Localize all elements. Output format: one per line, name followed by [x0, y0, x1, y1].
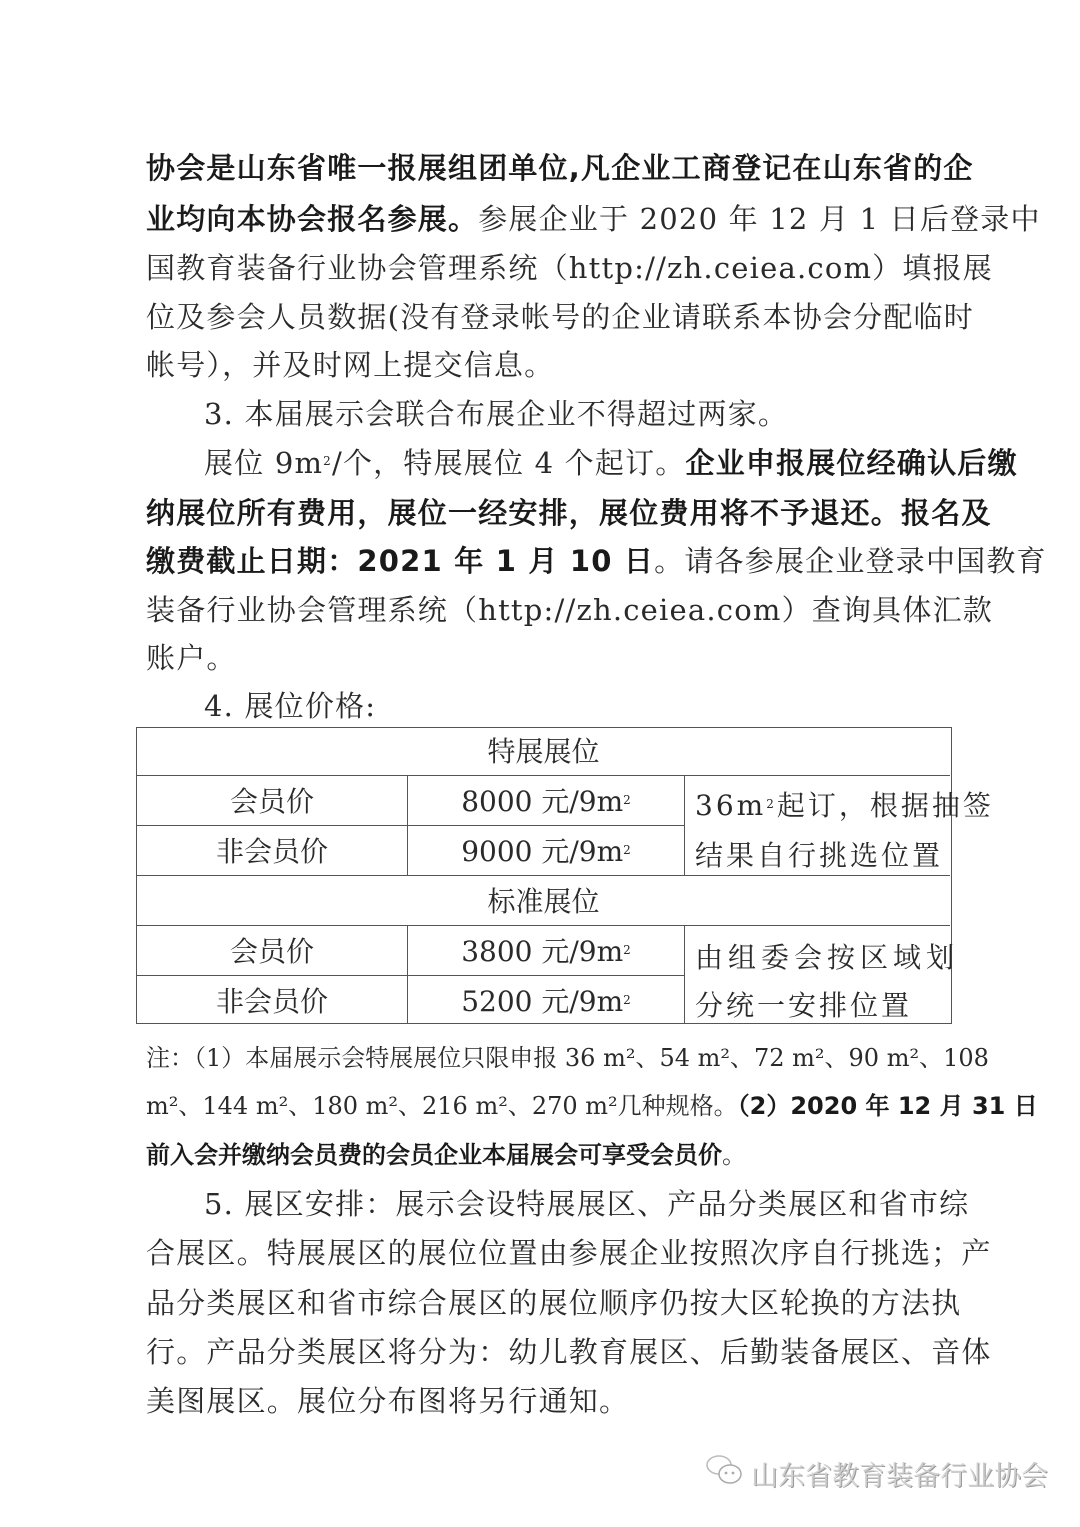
text: 。请各参展企业登录中国教育 — [654, 544, 1047, 578]
table-cell-label: 非会员价 — [137, 986, 407, 1018]
table-section-title-standard: 标准展位 — [137, 886, 950, 918]
paragraph-line: 缴费截止日期：2021 年 1 月 10 日。请各参展企业登录中国教育 — [146, 545, 946, 577]
table-cell-label: 会员价 — [137, 786, 407, 818]
price-text: 9000 元/9m — [461, 835, 623, 868]
text: 展位 9m — [204, 446, 323, 480]
text: 36m — [695, 789, 766, 822]
wechat-watermark: 山东省教育装备行业协会 — [705, 1455, 1048, 1491]
superscript: 2 — [623, 993, 631, 1007]
paragraph-line: 展位 9m2/个，特展展位 4 个起订。企业申报展位经确认后缴 — [204, 447, 1004, 479]
table-divider — [137, 925, 950, 926]
paragraph-line: 国教育装备行业协会管理系统（http://zh.ceiea.com）填报展 — [146, 252, 946, 284]
deadline-text: 缴费截止日期：2021 年 1 月 10 日 — [146, 544, 654, 578]
price-table: 特展展位 会员价 8000 元/9m2 非会员价 9000 元/9m2 36m2… — [136, 727, 952, 1024]
paragraph-line: 品分类展区和省市综合展区的展位顺序仍按大区轮换的方法执 — [146, 1287, 946, 1319]
table-note-line: m²、144 m²、180 m²、216 m²、270 m²几种规格。（2）20… — [146, 1092, 946, 1120]
bold-text: 协会是山东省唯一报展组团单位,凡企业工商登记在山东省的企 — [146, 151, 974, 185]
table-divider — [137, 875, 950, 876]
paragraph-line: 装备行业协会管理系统（http://zh.ceiea.com）查询具体汇款 — [146, 594, 946, 626]
table-cell-price: 5200 元/9m2 — [408, 986, 684, 1018]
superscript: 2 — [623, 843, 631, 857]
paragraph-line: 协会是山东省唯一报展组团单位,凡企业工商登记在山东省的企 — [146, 152, 946, 184]
table-cell-note: 由组委会按区域划 — [695, 942, 959, 974]
price-text: 5200 元/9m — [461, 985, 623, 1018]
bold-text: 业均向本协会报名参展。 — [146, 202, 478, 236]
table-divider — [137, 775, 950, 776]
paragraph-line: 行。产品分类展区将分为：幼儿教育展区、后勤装备展区、音体 — [146, 1336, 946, 1368]
section-5-heading: 5. 展区安排：展示会设特展展区、产品分类展区和省市综 — [204, 1188, 1004, 1220]
table-cell-label: 会员价 — [137, 936, 407, 968]
table-cell-note: 结果自行挑选位置 — [695, 840, 943, 872]
superscript: 2 — [623, 943, 631, 957]
bold-text: 企业申报展位经确认后缴 — [685, 446, 1017, 480]
table-note-line: 前入会并缴纳会员费的会员企业本届展会可享受会员价。 — [146, 1141, 946, 1169]
paragraph-line: 账户。 — [146, 642, 946, 674]
table-cell-note: 分统一安排位置 — [695, 990, 912, 1022]
paragraph-line: 帐号），并及时网上提交信息。 — [146, 349, 946, 381]
table-cell-price: 9000 元/9m2 — [408, 836, 684, 868]
bold-text: （2）2020 年 12 月 31 日 — [738, 1092, 1038, 1120]
text: 参展企业于 2020 年 12 月 1 日后登录中 — [478, 202, 1040, 236]
paragraph-line: 纳展位所有费用，展位一经安排，展位费用将不予退还。报名及 — [146, 497, 946, 529]
price-text: 8000 元/9m — [461, 785, 623, 818]
watermark-text: 山东省教育装备行业协会 — [751, 1454, 1048, 1493]
text: /个，特展展位 4 个起订。 — [332, 446, 685, 480]
text: 。 — [722, 1141, 746, 1169]
price-text: 3800 元/9m — [461, 935, 623, 968]
paragraph-line: 美图展区。展位分布图将另行通知。 — [146, 1385, 946, 1417]
superscript: 2 — [323, 454, 332, 468]
wechat-icon — [705, 1453, 745, 1494]
paragraph-line: 位及参会人员数据(没有登录帐号的企业请联系本协会分配临时 — [146, 301, 946, 333]
section-4-heading: 4. 展位价格: — [204, 690, 1004, 722]
table-cell-label: 非会员价 — [137, 836, 407, 868]
text: 起订，根据抽签 — [777, 789, 994, 822]
table-cell-price: 3800 元/9m2 — [408, 936, 684, 968]
table-note-line: 注：（1）本届展示会特展展位只限申报 36 m²、54 m²、72 m²、90 … — [146, 1044, 946, 1072]
table-cell-note: 36m2起订，根据抽签 — [695, 790, 994, 822]
superscript: 2 — [766, 797, 777, 811]
table-section-title-special: 特展展位 — [137, 736, 950, 768]
bold-text: 前入会并缴纳会员费的会员企业本届展会可享受会员价 — [146, 1141, 722, 1169]
table-divider — [137, 825, 685, 826]
bold-text: 纳展位所有费用，展位一经安排，展位费用将不予退还。报名及 — [146, 496, 992, 530]
paragraph-line: 合展区。特展展区的展位位置由参展企业按照次序自行挑选；产 — [146, 1237, 946, 1269]
table-divider — [684, 925, 685, 1023]
text: m²、144 m²、180 m²、216 m²、270 m²几种规格。 — [146, 1092, 738, 1120]
table-cell-price: 8000 元/9m2 — [408, 786, 684, 818]
table-divider — [684, 775, 685, 875]
section-3-heading: 3. 本届展示会联合布展企业不得超过两家。 — [204, 398, 1004, 430]
paragraph-line: 业均向本协会报名参展。参展企业于 2020 年 12 月 1 日后登录中 — [146, 203, 946, 235]
superscript: 2 — [623, 793, 631, 807]
table-divider — [137, 975, 685, 976]
